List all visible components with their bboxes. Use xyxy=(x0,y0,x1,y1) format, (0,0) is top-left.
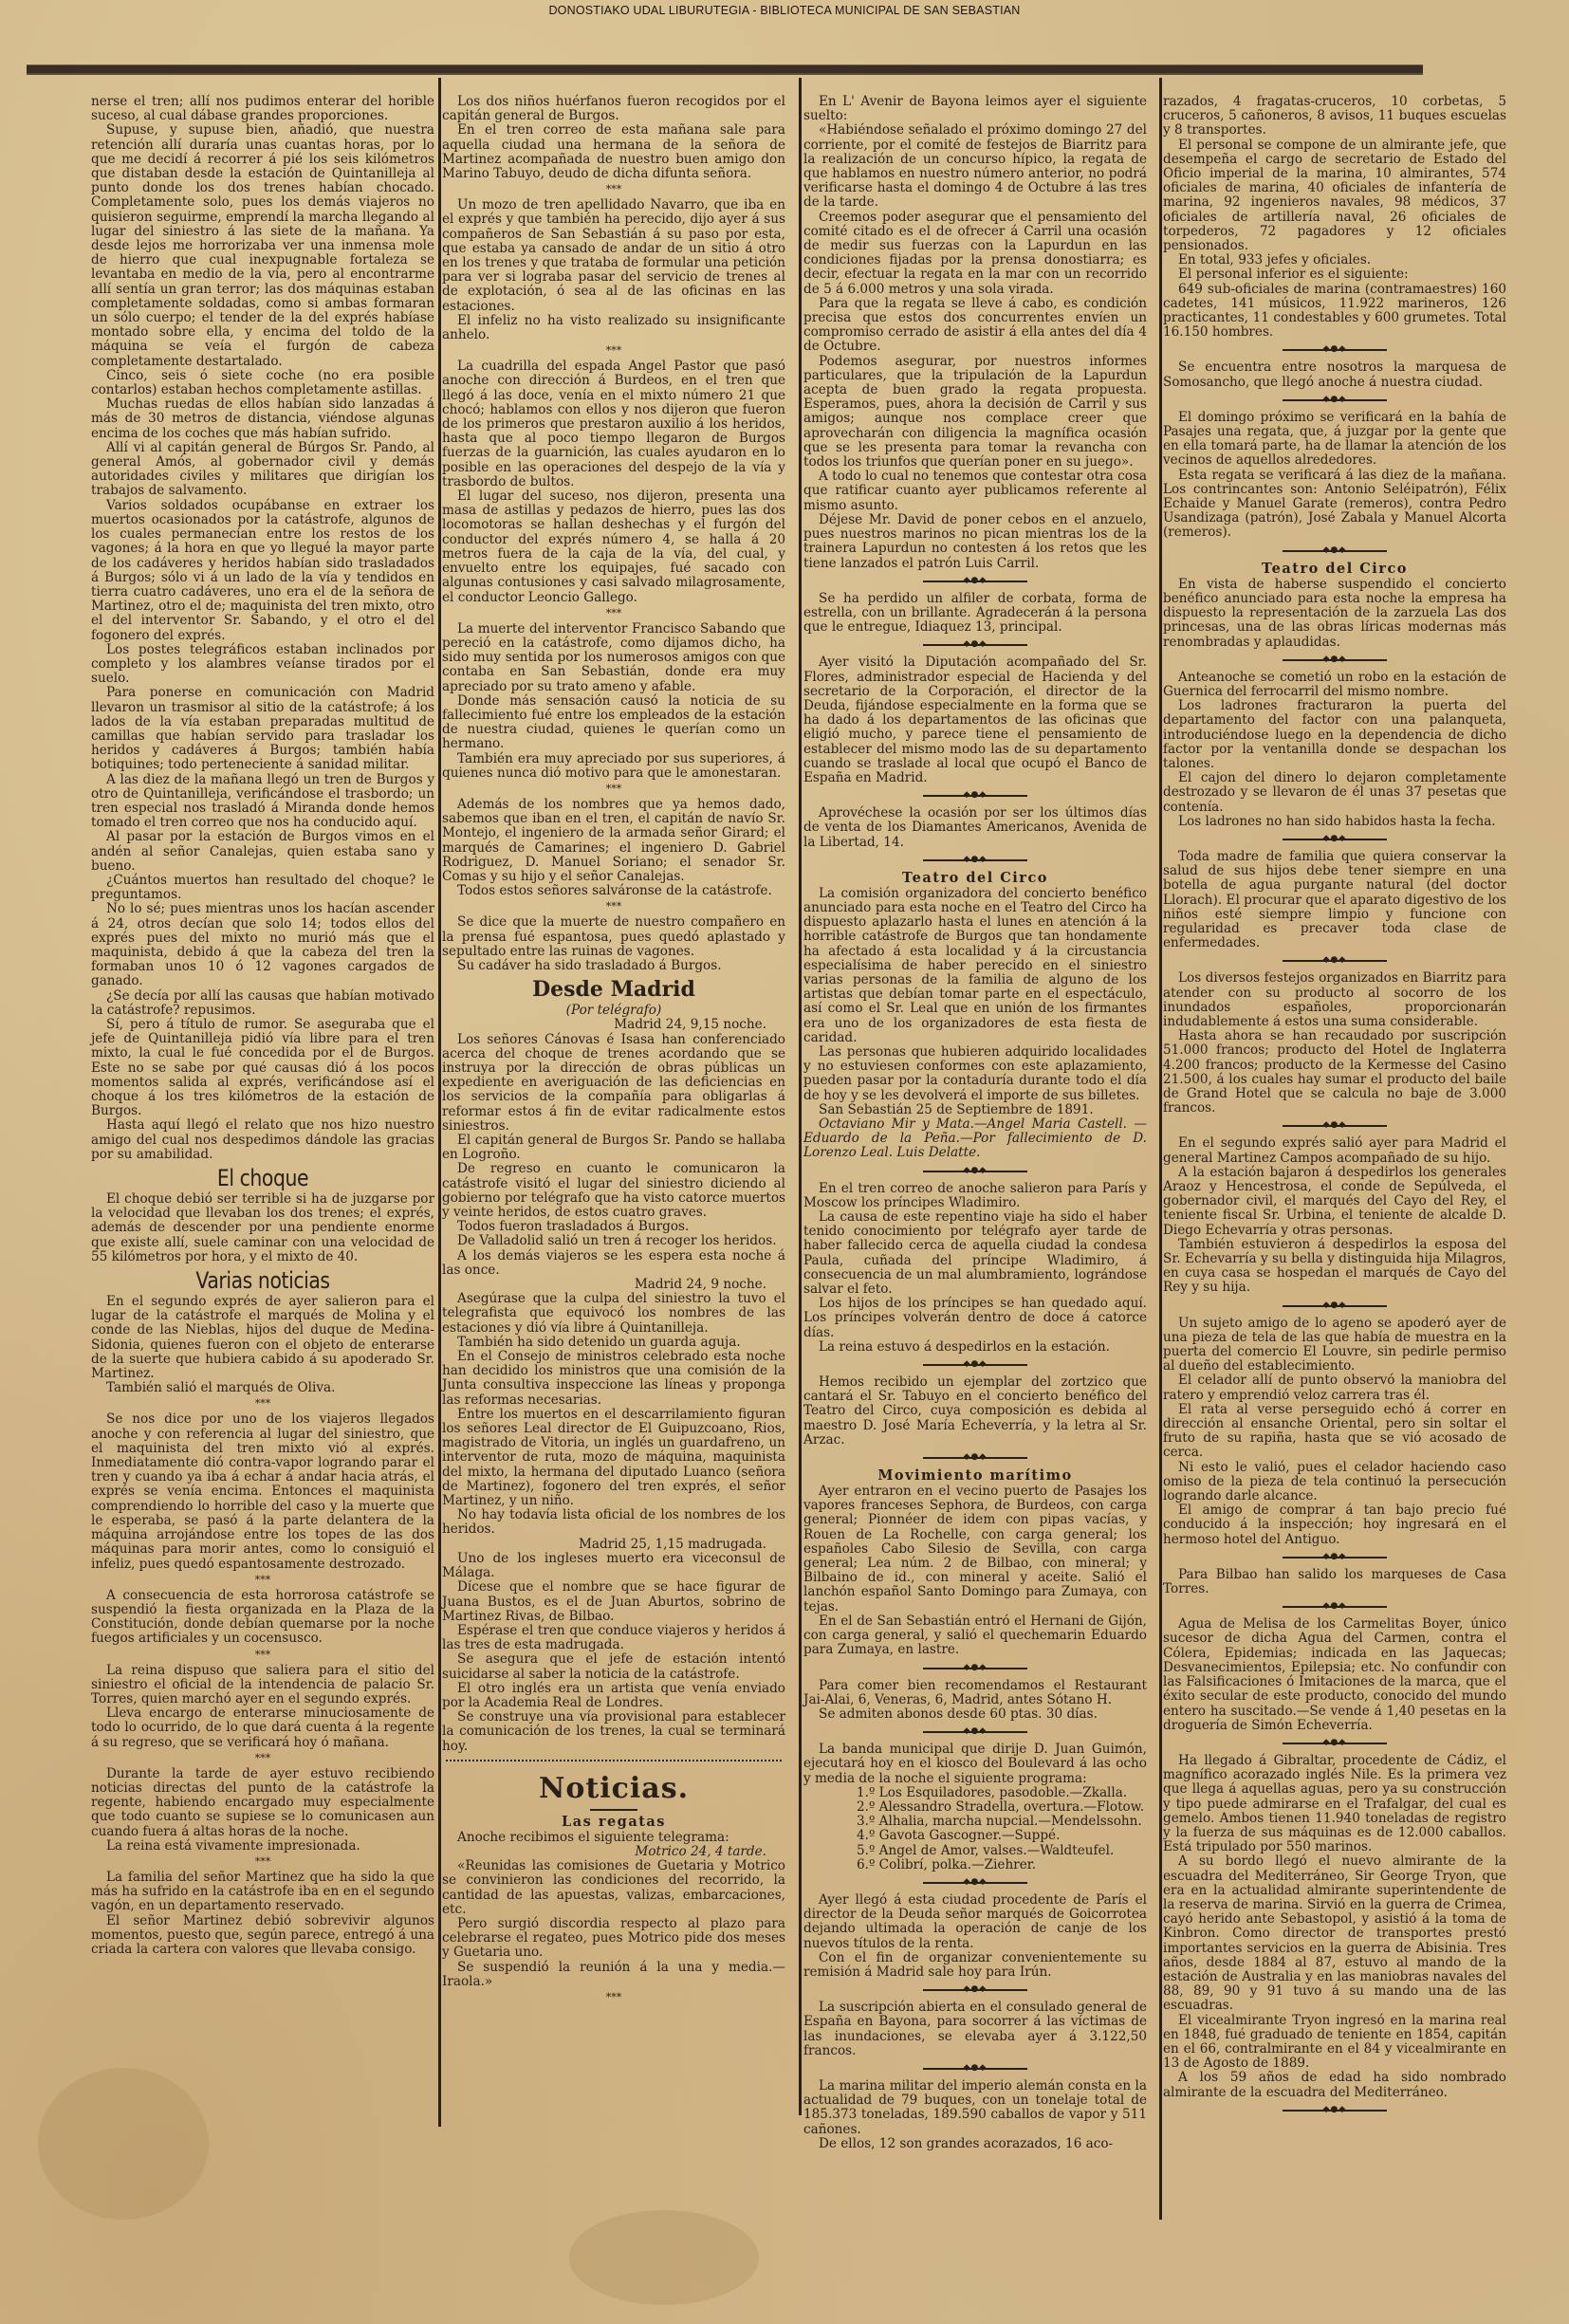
article-paragraph: Pero surgió discordia respecto al plazo … xyxy=(442,1917,785,1961)
article-paragraph: Para ponerse en comunicación con Madrid … xyxy=(91,686,434,772)
ornament-divider xyxy=(923,2064,1027,2074)
column-divider xyxy=(438,78,441,2127)
asterism-separator: *** xyxy=(442,901,785,913)
article-paragraph: De ellos, 12 son grandes acorazados, 16 … xyxy=(803,2137,1147,2151)
subsection-heading: Teatro del Circo xyxy=(803,871,1147,886)
article-paragraph: Ha llegado á Gibraltar, procedente de Cá… xyxy=(1163,1754,1506,1854)
paper-stain xyxy=(569,2210,759,2305)
article-paragraph: Uno de los ingleses muerto era viceconsu… xyxy=(442,1552,785,1580)
article-paragraph: Donde más sensación causó la noticia de … xyxy=(442,694,785,752)
ornament-divider xyxy=(923,856,1027,865)
article-paragraph: Los señores Cánovas é Isasa han conferen… xyxy=(442,1033,785,1134)
article-paragraph: Las personas que hubieren adquirido loca… xyxy=(803,1045,1147,1103)
article-paragraph: El vicealmirante Tryon ingresó en la mar… xyxy=(1163,2014,1506,2072)
section-heading: El choque xyxy=(117,1166,409,1190)
article-paragraph: Ayer visitó la Diputación acompañado del… xyxy=(803,655,1147,785)
ornament-divider xyxy=(923,1985,1027,1995)
article-paragraph: Durante la tarde de ayer estuvo recibien… xyxy=(91,1767,434,1839)
asterism-separator: *** xyxy=(442,608,785,619)
article-paragraph: En el tren correo de esta mañana sale pa… xyxy=(442,123,785,181)
wavy-divider xyxy=(446,1760,782,1767)
article-paragraph: También salió el marqués de Oliva. xyxy=(91,1381,434,1395)
article-paragraph: Aprovéchese la ocasión por ser los últim… xyxy=(803,806,1147,850)
article-paragraph: Ayer llegó á esta ciudad procedente de P… xyxy=(803,1893,1147,1951)
article-paragraph: Octaviano Mir y Mata.—Angel Maria Castel… xyxy=(803,1117,1147,1161)
article-paragraph: En total, 933 jefes y oficiales. xyxy=(1163,253,1506,267)
column-4: razados, 4 fragatas-cruceros, 10 corbeta… xyxy=(1163,95,1506,2121)
ornament-divider xyxy=(1283,1553,1387,1562)
ornament-divider xyxy=(1283,546,1387,556)
article-paragraph: A los 59 años de edad ha sido nombrado a… xyxy=(1163,2071,1506,2099)
article-paragraph: Un sujeto amigo de lo ageno se apoderó a… xyxy=(1163,1317,1506,1374)
article-paragraph: Supuse, y supuse bien, añadió, que nuest… xyxy=(91,123,434,368)
subsection-heading: Teatro del Circo xyxy=(1163,562,1506,577)
asterism-separator: *** xyxy=(91,1753,434,1764)
article-paragraph: En el segundo exprés de ayer salieron pa… xyxy=(91,1295,434,1381)
article-paragraph: A todo lo cual no tenemos que contestar … xyxy=(803,470,1147,513)
paper-stain xyxy=(38,2068,209,2220)
article-paragraph: Los ladrones no han sido habidos hasta l… xyxy=(1163,815,1506,829)
article-paragraph: El lugar del suceso, nos dijeron, presen… xyxy=(442,489,785,605)
article-paragraph: La causa de este repentino viaje ha sido… xyxy=(803,1210,1147,1297)
article-paragraph: El personal se compone de un almirante j… xyxy=(1163,138,1506,254)
article-paragraph: Se asegura que el jefe de estación inten… xyxy=(442,1652,785,1681)
article-paragraph: Se dice que la muerte de nuestro compañe… xyxy=(442,915,785,959)
article-paragraph: Creemos poder asegurar que el pensamient… xyxy=(803,211,1147,297)
article-paragraph: Los ladrones fracturaron la puerta del d… xyxy=(1163,699,1506,771)
article-paragraph: Todos estos señores salváronse de la cat… xyxy=(442,884,785,898)
article-paragraph: Anoche recibimos el siguiente telegrama: xyxy=(442,1831,785,1845)
article-paragraph: Se admiten abonos desde 60 ptas. 30 días… xyxy=(803,1707,1147,1722)
article-paragraph: También era muy apreciado por sus superi… xyxy=(442,752,785,781)
article-paragraph: El domingo próximo se verificará en la b… xyxy=(1163,411,1506,469)
article-paragraph: A la estación bajaron á despedirlos los … xyxy=(1163,1166,1506,1238)
article-paragraph: Anteanoche se cometió un robo en la esta… xyxy=(1163,671,1506,699)
article-paragraph: «Habiéndose señalado el próximo domingo … xyxy=(803,123,1147,210)
article-paragraph: El personal inferior es el siguiente: xyxy=(1163,267,1506,282)
article-paragraph: Sí, pero á título de rumor. Se aseguraba… xyxy=(91,1018,434,1118)
article-paragraph: En el de San Sebastián entró el Hernani … xyxy=(803,1614,1147,1658)
ornament-divider xyxy=(923,791,1027,801)
article-paragraph: Para Bilbao han salido los marqueses de … xyxy=(1163,1568,1506,1596)
article-paragraph: En L' Avenir de Bayona leimos ayer el si… xyxy=(803,95,1147,123)
section-heading: Noticias. xyxy=(442,1773,785,1805)
article-paragraph: Lleva encargo de enterarse minuciosament… xyxy=(91,1706,434,1750)
subsection-heading: Las regatas xyxy=(442,1815,785,1830)
masthead-rule xyxy=(27,65,1423,75)
article-paragraph: Los diversos festejos organizados en Bia… xyxy=(1163,971,1506,1029)
article-paragraph: Además de los nombres que ya hemos dado,… xyxy=(442,798,785,884)
article-paragraph: Los dos niños huérfanos fueron recogidos… xyxy=(442,95,785,123)
program-item: 1.º Los Esquiladores, pasodoble.—Zkalla. xyxy=(803,1786,1147,1800)
ornament-divider xyxy=(923,1878,1027,1888)
article-paragraph: En el tren correo de anoche salieron par… xyxy=(803,1182,1147,1210)
column-divider xyxy=(799,78,802,2115)
article-paragraph: El choque debió ser terrible si ha de ju… xyxy=(91,1192,434,1264)
article-paragraph: También estuvieron á despedirlos la espo… xyxy=(1163,1238,1506,1296)
program-item: 6.º Colibrí, polka.—Ziehrer. xyxy=(803,1858,1147,1872)
asterism-separator: *** xyxy=(91,1856,434,1868)
article-paragraph: La muerte del interventor Francisco Saba… xyxy=(442,622,785,694)
article-paragraph: ¿Se decía por allí las causas que habían… xyxy=(91,989,434,1018)
program-item: 4.º Gavota Gascogner.—Suppé. xyxy=(803,1829,1147,1843)
article-paragraph: Allí vi al capitán general de Búrgos Sr.… xyxy=(91,441,434,499)
article-paragraph: El capitán general de Burgos Sr. Pando s… xyxy=(442,1134,785,1162)
article-paragraph: La reina está vivamente impresionada. xyxy=(91,1839,434,1854)
article-paragraph: Motrico 24, 4 tarde. xyxy=(442,1845,785,1859)
article-paragraph: Los postes telegráficos estaban inclinad… xyxy=(91,643,434,687)
program-item: 2.º Alessandro Stradella, overtura.—Flot… xyxy=(803,1800,1147,1815)
article-paragraph: 649 sub-oficiales de marina (contramaest… xyxy=(1163,283,1506,341)
article-paragraph: San Sebastián 25 de Septiembre de 1891. xyxy=(803,1103,1147,1117)
article-paragraph: Se suspendió la reunión á la una y media… xyxy=(442,1961,785,1989)
article-paragraph: nerse el tren; allí nos pudimos enterar … xyxy=(91,95,434,123)
ornament-divider xyxy=(923,1167,1027,1176)
article-paragraph: Cinco, seis ó siete coche (no era posibl… xyxy=(91,369,434,397)
article-paragraph: La cuadrilla del espada Angel Pastor que… xyxy=(442,360,785,489)
article-paragraph: Agua de Melisa de los Carmelitas Boyer, … xyxy=(1163,1617,1506,1733)
article-paragraph: Se nos dice por uno de los viajeros lleg… xyxy=(91,1412,434,1571)
archive-header: DONOSTIAKO UDAL LIBURUTEGIA - BIBLIOTECA… xyxy=(0,4,1569,17)
asterism-separator: *** xyxy=(442,345,785,357)
article-paragraph: De Valladolid salió un tren á recoger lo… xyxy=(442,1234,785,1248)
article-paragraph: «Reunidas las comisiones de Guetaria y M… xyxy=(442,1859,785,1917)
article-paragraph: Madrid 24, 9,15 noche. xyxy=(442,1018,785,1032)
article-paragraph: La banda municipal que dirije D. Juan Gu… xyxy=(803,1743,1147,1786)
article-paragraph: El celador allí de punto observó la mani… xyxy=(1163,1374,1506,1402)
article-paragraph: Hasta ahora se han recaudado por suscrip… xyxy=(1163,1029,1506,1116)
column-divider xyxy=(1159,78,1162,2220)
article-paragraph: Asegúrase que la culpa del siniestro la … xyxy=(442,1292,785,1336)
ornament-divider xyxy=(923,577,1027,586)
ornament-divider xyxy=(923,1664,1027,1673)
article-paragraph: La reina estuvo á despedirlos en la esta… xyxy=(803,1340,1147,1355)
article-paragraph: ¿Cuántos muertos han resultado del choqu… xyxy=(91,874,434,902)
article-paragraph: Hemos recibido un ejemplar del zortzico … xyxy=(803,1375,1147,1448)
article-paragraph: La reina dispuso que saliera para el sit… xyxy=(91,1664,434,1707)
article-paragraph: Se ha perdido un alfiler de corbata, for… xyxy=(803,592,1147,636)
article-paragraph: Para que la regata se lleve á cabo, es c… xyxy=(803,297,1147,355)
article-paragraph: A las diez de la mañana llegó un tren de… xyxy=(91,773,434,831)
article-paragraph: Dícese que el nombre que se hace figurar… xyxy=(442,1580,785,1624)
article-paragraph: La comisión organizadora del concierto b… xyxy=(803,887,1147,1045)
article-paragraph: El otro inglés era un artista que venía … xyxy=(442,1682,785,1710)
article-paragraph: Todos fueron trasladados á Burgos. xyxy=(442,1220,785,1234)
article-paragraph: Al pasar por la estación de Burgos vimos… xyxy=(91,830,434,874)
article-paragraph: En el segundo exprés salió ayer para Mad… xyxy=(1163,1136,1506,1165)
article-paragraph: Podemos asegurar, por nuestros informes … xyxy=(803,355,1147,470)
article-paragraph: En vista de haberse suspendido el concie… xyxy=(1163,578,1506,650)
asterism-separator: *** xyxy=(442,1992,785,2003)
article-paragraph: De regreso en cuanto le comunicaron la c… xyxy=(442,1162,785,1220)
article-paragraph: No lo sé; pues mientras unos los hacían … xyxy=(91,902,434,988)
article-paragraph: Ayer entraron en el vecino puerto de Pas… xyxy=(803,1485,1147,1614)
article-paragraph: El infeliz no ha visto realizado su insi… xyxy=(442,314,785,342)
article-paragraph: Un mozo de tren apellidado Navarro, que … xyxy=(442,198,785,314)
asterism-separator: *** xyxy=(91,1398,434,1410)
program-item: 5.º Angel de Amor, valses.—Waldteufel. xyxy=(803,1844,1147,1858)
article-paragraph: El señor Martinez debió sobrevivir algun… xyxy=(91,1914,434,1958)
article-paragraph: Madrid 24, 9 noche. xyxy=(442,1278,785,1292)
ornament-divider xyxy=(1283,1602,1387,1612)
article-paragraph: A consecuencia de esta horrorosa catástr… xyxy=(91,1589,434,1647)
article-paragraph: No hay todavía lista oficial de los nomb… xyxy=(442,1508,785,1537)
article-paragraph: Muchas ruedas de ellos habían sido lanza… xyxy=(91,397,434,441)
ornament-divider xyxy=(923,1360,1027,1370)
article-paragraph: (Por telégrafo) xyxy=(442,1004,785,1018)
article-paragraph: razados, 4 fragatas-cruceros, 10 corbeta… xyxy=(1163,95,1506,138)
article-paragraph: El cajon del dinero lo dejaron completam… xyxy=(1163,771,1506,815)
asterism-separator: *** xyxy=(442,184,785,195)
article-paragraph: Varios soldados ocupábanse en extraer lo… xyxy=(91,499,434,643)
article-paragraph: Con el fin de organizar convenientemente… xyxy=(803,1951,1147,1980)
article-paragraph: A su bordo llegó el nuevo almirante de l… xyxy=(1163,1854,1506,2013)
article-paragraph: Toda madre de familia que quiera conserv… xyxy=(1163,850,1506,950)
article-paragraph: Se encuentra entre nosotros la marquesa … xyxy=(1163,360,1506,389)
article-paragraph: Hasta aquí llegó el relato que nos hizo … xyxy=(91,1118,434,1162)
ornament-divider xyxy=(1283,2106,1387,2115)
article-paragraph: El amigo de comprar á tan bajo precio fu… xyxy=(1163,1503,1506,1547)
asterism-separator: *** xyxy=(91,1575,434,1586)
article-paragraph: A los demás viajeros se les espera esta … xyxy=(442,1249,785,1278)
article-paragraph: Los hijos de los príncipes se han quedad… xyxy=(803,1297,1147,1340)
ornament-divider xyxy=(1283,1739,1387,1748)
column-1: nerse el tren; allí nos pudimos enterar … xyxy=(91,95,434,1957)
article-paragraph: En el Consejo de ministros celebrado est… xyxy=(442,1350,785,1408)
article-paragraph: El rata al verse perseguido echó á corre… xyxy=(1163,1403,1506,1461)
article-paragraph: Su cadáver ha sido trasladado á Burgos. xyxy=(442,959,785,973)
article-paragraph: La suscripción abierta en el consulado g… xyxy=(803,2001,1147,2058)
article-paragraph: Entre los muertos en el descarrilamiento… xyxy=(442,1408,785,1508)
article-paragraph: Espérase el tren que conduce viajeros y … xyxy=(442,1624,785,1652)
article-paragraph: La marina militar del imperio alemán con… xyxy=(803,2079,1147,2137)
column-2: Los dos niños huérfanos fueron recogidos… xyxy=(442,95,785,2006)
asterism-separator: *** xyxy=(91,1650,434,1661)
ornament-divider xyxy=(1283,396,1387,405)
article-paragraph: Para comer bien recomendamos el Restaura… xyxy=(803,1679,1147,1707)
program-item: 3.º Alhalia, marcha nupcial.—Mendelssohn… xyxy=(803,1815,1147,1829)
article-paragraph: Se construye una vía provisional para es… xyxy=(442,1710,785,1754)
article-paragraph: Ni esto le valió, pues el celador hacien… xyxy=(1163,1461,1506,1504)
ornament-divider xyxy=(923,1453,1027,1463)
ornament-divider xyxy=(1283,1301,1387,1311)
column-3: En L' Avenir de Bayona leimos ayer el si… xyxy=(803,95,1147,2151)
article-paragraph: La familia del señor Martinez que ha sid… xyxy=(91,1871,434,1914)
article-paragraph: También ha sido detenido un guarda aguja… xyxy=(442,1336,785,1350)
article-paragraph: Déjese Mr. David de poner cebos en el an… xyxy=(803,513,1147,571)
ornament-divider xyxy=(923,640,1027,650)
ornament-divider xyxy=(1283,345,1387,355)
ornament-divider xyxy=(1283,956,1387,966)
short-rule xyxy=(590,1809,637,1811)
section-heading: Varias noticias xyxy=(117,1268,409,1293)
asterism-separator: *** xyxy=(442,784,785,795)
ornament-divider xyxy=(1283,655,1387,665)
article-paragraph: Esta regata se verificará á las diez de … xyxy=(1163,469,1506,541)
article-paragraph: Madrid 25, 1,15 madrugada. xyxy=(442,1538,785,1552)
ornament-divider xyxy=(1283,1121,1387,1131)
ornament-divider xyxy=(923,1727,1027,1737)
ornament-divider xyxy=(1283,835,1387,844)
section-heading: Desde Madrid xyxy=(442,977,785,1002)
subsection-heading: Movimiento marítimo xyxy=(803,1468,1147,1484)
